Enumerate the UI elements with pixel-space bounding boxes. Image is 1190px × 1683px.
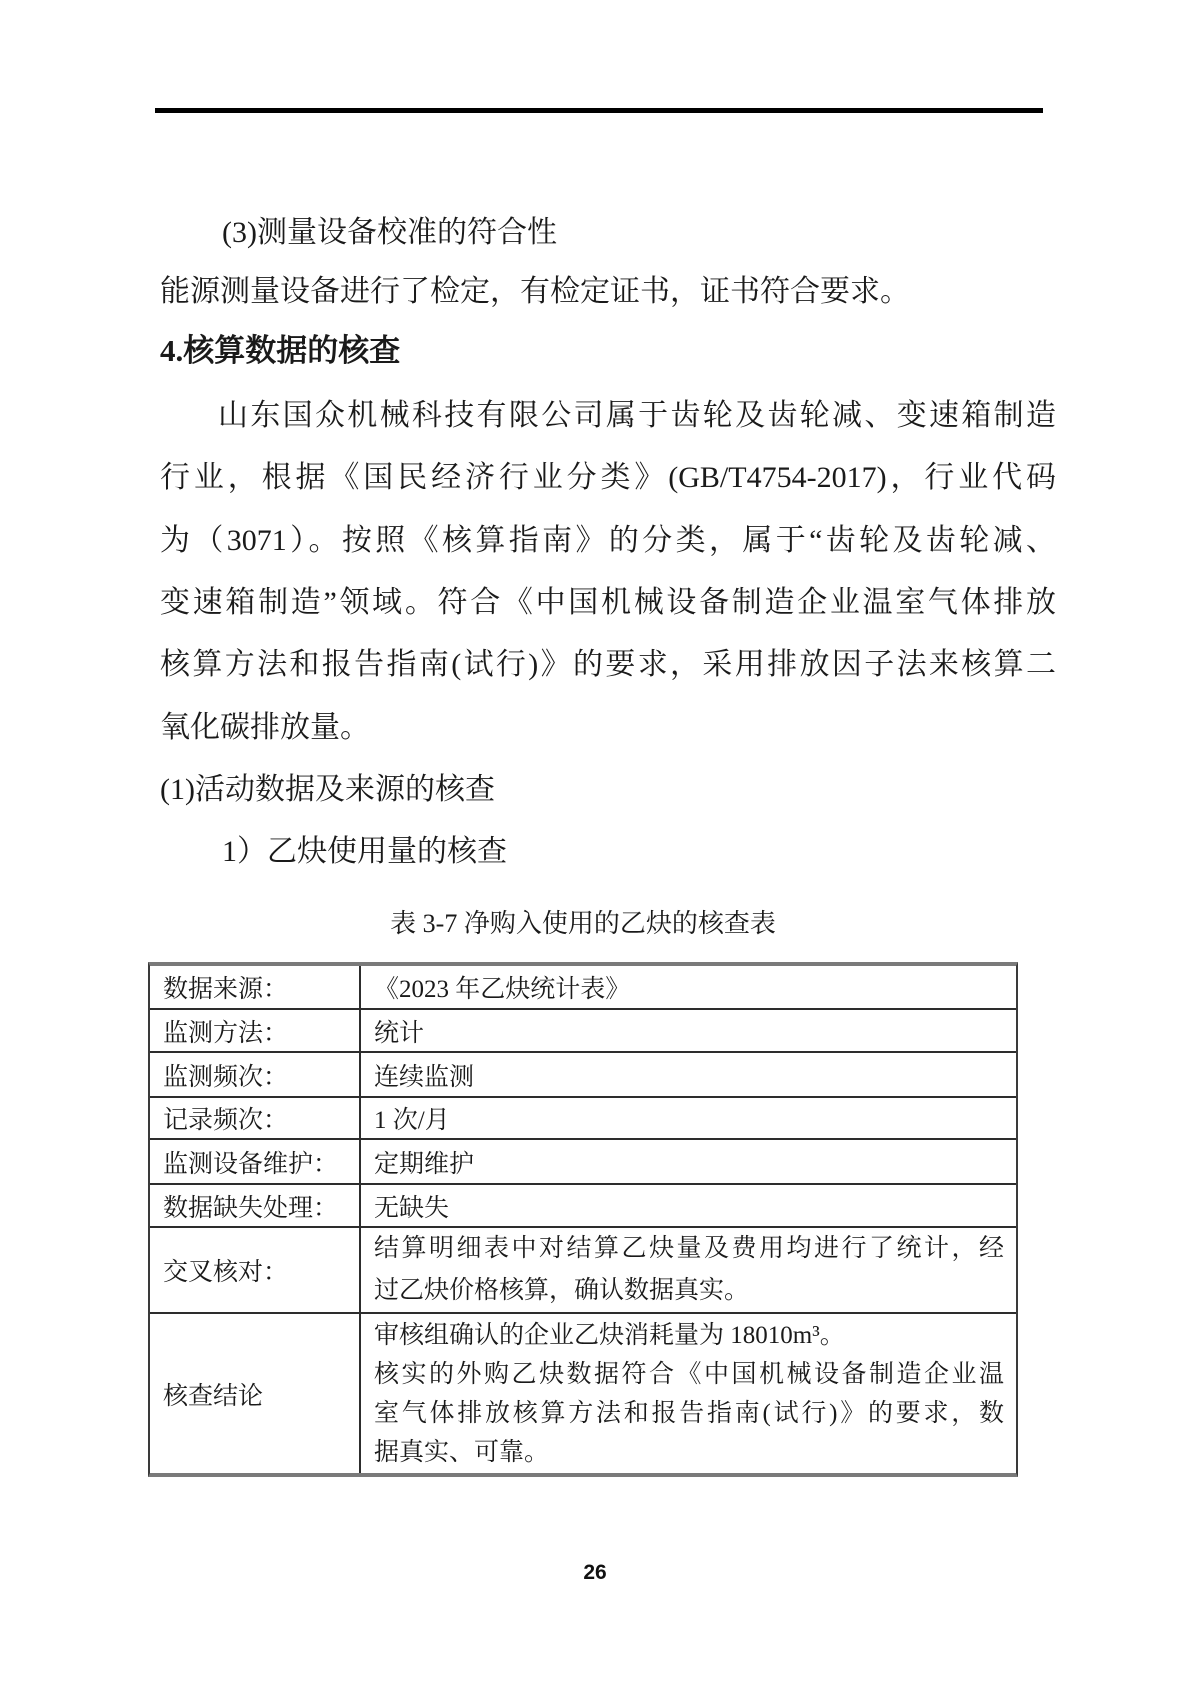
table-value-line: 室气体排放核算方法和报告指南(试行)》的要求，数 [374,1394,1004,1433]
verification-table: 数据来源： 《2023 年乙炔统计表》 监测方法： 统计 监测频次： 连续监测 … [148,962,1018,1477]
table-row-value: 统计 [359,1008,1016,1051]
paragraph-line: 变速箱制造”领域。符合《中国机械设备制造企业温室气体排放 [160,585,1056,620]
page-number: 26 [0,1561,1190,1585]
paragraph-line: 核算方法和报告指南(试行)》的要求，采用排放因子法来核算二 [160,647,1056,682]
paragraph-line: 氧化碳排放量。 [160,710,1056,745]
table-row-value: 1 次/月 [359,1096,1016,1138]
table-row-value: 定期维护 [359,1138,1016,1183]
table-caption: 表 3-7 净购入使用的乙炔的核查表 [148,908,1018,939]
table-row-label: 数据来源： [150,966,359,1008]
paragraph-line: 行业，根据《国民经济行业分类》(GB/T4754-2017)，行业代码 [160,460,1056,495]
table-row-value: 结算明细表中对结算乙炔量及费用均进行了统计，经 过乙炔价格核算，确认数据真实。 [359,1226,1016,1312]
subsection-3-heading: (3)测量设备校准的符合性 [160,215,1118,250]
table-row-label: 监测方法： [150,1008,359,1051]
paragraph-line: 山东国众机械科技有限公司属于齿轮及齿轮减、变速箱制造 [160,398,1056,433]
paragraph-line: 为（3071）。按照《核算指南》的分类，属于“齿轮及齿轮减、 [160,523,1056,558]
table-value-line: 据真实、可靠。 [374,1433,1004,1472]
header-rule [155,108,1043,113]
activity-data-heading: (1)活动数据及来源的核查 [160,772,1056,807]
table-value-line: 审核组确认的企业乙炔消耗量为 18010m³。 [374,1316,1004,1355]
table-row-value: 审核组确认的企业乙炔消耗量为 18010m³。 核实的外购乙炔数据符合《中国机械… [359,1312,1016,1473]
table-value-line: 核实的外购乙炔数据符合《中国机械设备制造企业温 [374,1355,1004,1394]
acetylene-usage-heading: 1）乙炔使用量的核查 [160,834,1118,869]
document-page: (3)测量设备校准的符合性 能源测量设备进行了检定，有检定证书，证书符合要求。 … [0,0,1190,1683]
table-row-label: 数据缺失处理： [150,1183,359,1226]
table-value-line: 结算明细表中对结算乙炔量及费用均进行了统计，经 [374,1228,1004,1270]
table-value-line: 过乙炔价格核算，确认数据真实。 [374,1270,1004,1312]
table-row-value: 《2023 年乙炔统计表》 [359,966,1016,1008]
table-row-label: 记录频次： [150,1096,359,1138]
section-4-heading: 4.核算数据的核查 [160,333,1056,370]
table-row-value: 连续监测 [359,1051,1016,1096]
table-row-value: 无缺失 [359,1183,1016,1226]
table-row-label: 交叉核对： [150,1226,359,1312]
table-row-label: 监测频次： [150,1051,359,1096]
table-row-label: 核查结论 [150,1312,359,1473]
measure-body-line: 能源测量设备进行了检定，有检定证书，证书符合要求。 [160,274,1056,309]
table-row-label: 监测设备维护： [150,1138,359,1183]
